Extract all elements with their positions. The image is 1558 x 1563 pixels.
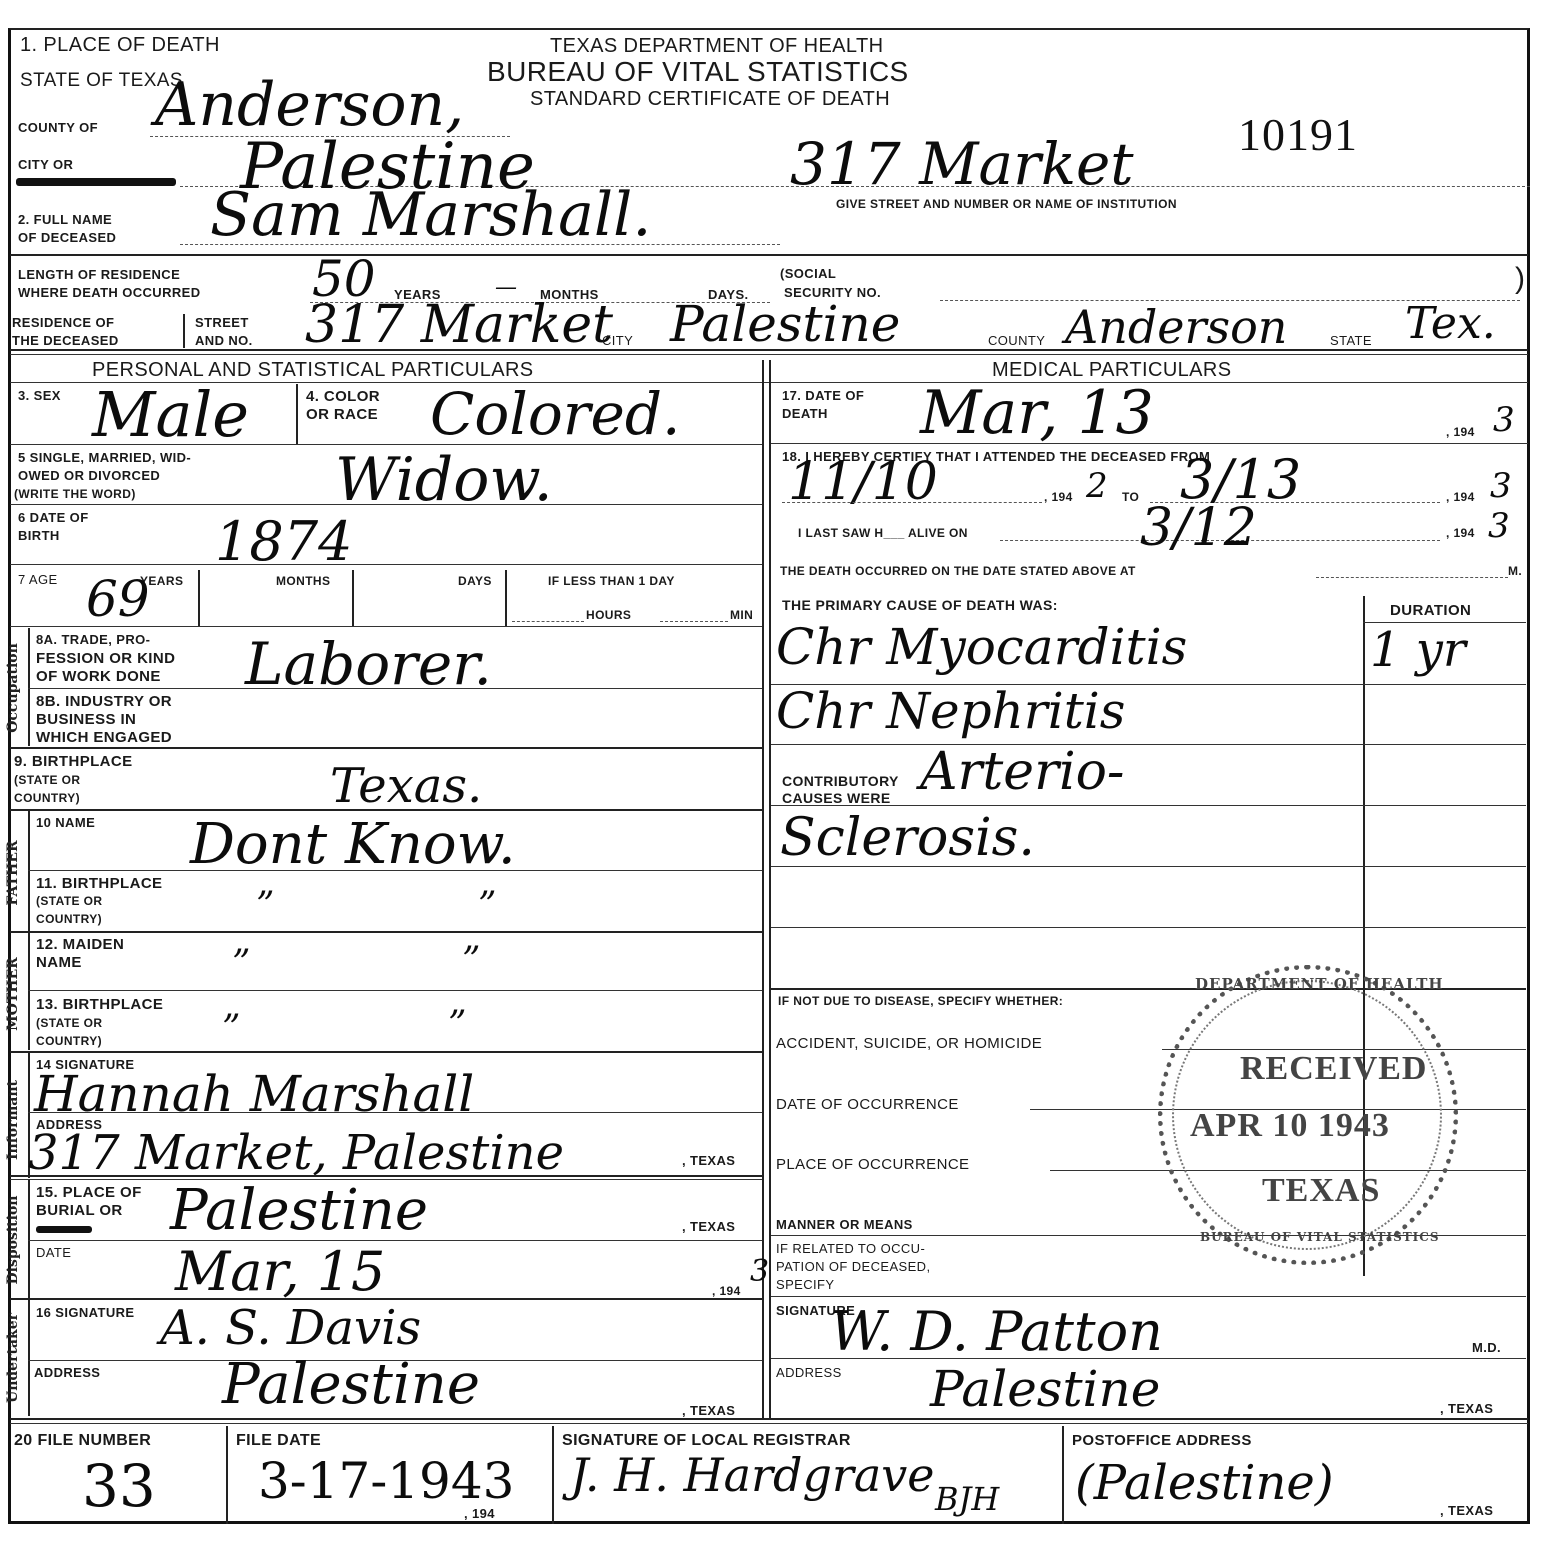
stamp-state: TEXAS — [1262, 1172, 1380, 1210]
mother-birthplace-ditto-1: ” — [222, 1008, 240, 1049]
race-label-2: OR RACE — [306, 406, 378, 423]
contributory-label-2: CAUSES WERE — [782, 791, 891, 805]
registrar-label: SIGNATURE OF LOCAL REGISTRAR — [562, 1432, 851, 1449]
burial-year-prefix: , 194 — [712, 1284, 741, 1298]
full-name-label-2: OF DECEASED — [18, 230, 116, 245]
last-saw-label: I LAST SAW H___ ALIVE ON — [798, 526, 968, 540]
burial-date-value: Mar, 15 — [175, 1240, 385, 1303]
birth-date-label-2: BIRTH — [18, 528, 60, 543]
full-name-label-1: 2. FULL NAME — [18, 212, 112, 227]
primary-cause-label: THE PRIMARY CAUSE OF DEATH WAS: — [782, 598, 1058, 612]
residence-county-label: COUNTY — [988, 333, 1045, 348]
industry-label-2: BUSINESS IN — [36, 711, 136, 728]
birthplace-label-3: COUNTRY) — [14, 791, 80, 805]
ssn-label-1: (SOCIAL — [780, 266, 836, 281]
marital-label-1: 5 SINGLE, MARRIED, WID- — [18, 450, 191, 465]
burial-state-suffix: , TEXAS — [682, 1219, 735, 1234]
last-saw-value: 3/12 — [1140, 498, 1257, 558]
father-birthplace-ditto-2: ” — [478, 885, 496, 926]
occupation-related-label-3: SPECIFY — [776, 1277, 834, 1292]
informant-state-suffix: , TEXAS — [682, 1153, 735, 1168]
stamp-received: RECEIVED — [1240, 1050, 1427, 1088]
burial-place-label-2: BURIAL OR — [36, 1202, 123, 1219]
residence-length-label-1: LENGTH OF RESIDENCE — [18, 267, 180, 282]
death-time-suffix: M. — [1508, 564, 1522, 578]
death-year-prefix: , 194 — [1446, 425, 1475, 439]
last-saw-year-digit: 3 — [1488, 506, 1510, 546]
mother-birthplace-label-3: COUNTRY) — [36, 1034, 102, 1048]
mother-maiden-ditto-1: ” — [232, 943, 250, 984]
physician-address-value: Palestine — [930, 1360, 1160, 1418]
to-year-prefix: , 194 — [1446, 490, 1475, 504]
file-number-label: 20 FILE NUMBER — [14, 1432, 151, 1449]
duration-value: 1 yr — [1370, 622, 1466, 678]
occupation-related-label-2: PATION OF DECEASED, — [776, 1259, 930, 1274]
burial-date-label: DATE — [36, 1245, 71, 1260]
stamp-bottom-arc: BUREAU OF VITAL STATISTICS — [1200, 1230, 1440, 1244]
father-birthplace-ditto-1: ” — [256, 885, 274, 926]
postoffice-label: POSTOFFICE ADDRESS — [1072, 1432, 1252, 1449]
birthplace-label-1: 9. BIRTHPLACE — [14, 753, 133, 770]
sex-value: Male — [92, 378, 249, 451]
father-birthplace-label-2: (STATE OR — [36, 894, 102, 908]
physician-state-suffix: , TEXAS — [1440, 1401, 1493, 1416]
postoffice-value: (Palestine) — [1075, 1455, 1334, 1511]
residence-label-1: RESIDENCE OF — [12, 315, 114, 330]
registrar-value: J. H. Hardgrave — [570, 1448, 935, 1502]
hours-label: HOURS — [586, 608, 631, 622]
mother-maiden-ditto-2: ” — [462, 940, 480, 981]
trade-label-3: OF WORK DONE — [36, 668, 161, 685]
physician-address-label: ADDRESS — [776, 1365, 842, 1380]
file-number-value: 33 — [82, 1452, 156, 1520]
burial-place-label-1: 15. PLACE OF — [36, 1184, 142, 1201]
death-time-label: THE DEATH OCCURRED ON THE DATE STATED AB… — [780, 564, 1136, 578]
race-value: Colored. — [430, 380, 680, 448]
primary-cause-line-1: Chr Myocarditis — [776, 618, 1187, 676]
file-date-year-prefix: , 194 — [464, 1506, 495, 1521]
industry-label-1: 8B. INDUSTRY OR — [36, 693, 172, 710]
duration-label: DURATION — [1390, 602, 1471, 619]
form-title: STANDARD CERTIFICATE OF DEATH — [530, 88, 890, 110]
street-caption: GIVE STREET AND NUMBER OR NAME OF INSTIT… — [836, 197, 1177, 211]
mother-side-label: MOTHER — [5, 939, 21, 1049]
primary-cause-line-2: Chr Nephritis — [776, 682, 1125, 740]
bureau-title: BUREAU OF VITAL STATISTICS — [487, 56, 909, 88]
occupation-related-label-1: IF RELATED TO OCCU- — [776, 1241, 925, 1256]
birthplace-label-2: (STATE OR — [14, 773, 80, 787]
stamp-date: APR 10 1943 — [1190, 1107, 1390, 1145]
trade-label-1: 8A. TRADE, PRO- — [36, 632, 150, 647]
registrar-initials: BJH — [935, 1480, 999, 1518]
burial-place-value: Palestine — [170, 1178, 428, 1243]
birthplace-value: Texas. — [330, 758, 482, 814]
occurrence-date-label: DATE OF OCCURRENCE — [776, 1097, 959, 1112]
undertaker-state-suffix: , TEXAS — [682, 1403, 735, 1418]
from-year-prefix: , 194 — [1044, 490, 1073, 504]
father-birthplace-label-1: 11. BIRTHPLACE — [36, 875, 162, 892]
redacted-mark — [16, 178, 176, 186]
father-birthplace-label-3: COUNTRY) — [36, 912, 102, 926]
mother-maiden-label-2: NAME — [36, 954, 82, 971]
burial-year-digit: 3 — [750, 1254, 769, 1289]
ssn-close: ) — [1515, 262, 1525, 296]
disposition-side-label: Disposition — [5, 1185, 21, 1295]
marital-label-2: OWED OR DIVORCED — [18, 468, 160, 483]
undertaker-signature-label: 16 SIGNATURE — [36, 1305, 134, 1320]
to-label: TO — [1122, 490, 1139, 504]
file-date-label: FILE DATE — [236, 1432, 321, 1449]
father-side-label: FATHER — [5, 828, 21, 918]
age-days-label: DAYS — [458, 574, 492, 588]
marital-label-3: (WRITE THE WORD) — [14, 487, 136, 501]
certificate-number: 10191 — [1238, 110, 1358, 160]
mother-birthplace-label-1: 13. BIRTHPLACE — [36, 996, 163, 1013]
residence-city-value: Palestine — [670, 295, 900, 353]
contributory-line-2: Sclerosis. — [780, 808, 1035, 868]
mother-birthplace-label-2: (STATE OR — [36, 1016, 102, 1030]
residence-label-2: THE DECEASED — [12, 333, 119, 348]
manner-label: MANNER OR MEANS — [776, 1217, 913, 1232]
father-name-label: 10 NAME — [36, 815, 95, 830]
accident-label: ACCIDENT, SUICIDE, OR HOMICIDE — [776, 1036, 1042, 1051]
deceased-name-value: Sam Marshall. — [210, 180, 651, 250]
informant-side-label: Informant — [5, 1065, 21, 1175]
informant-address-value: 317 Market, Palestine — [28, 1125, 564, 1181]
attended-from-value: 11/10 — [788, 452, 938, 512]
death-date-value: Mar, 13 — [920, 378, 1154, 448]
postoffice-state-suffix: , TEXAS — [1440, 1503, 1493, 1518]
father-name-value: Dont Know. — [190, 812, 516, 877]
undertaker-signature-value: A. S. Davis — [160, 1300, 421, 1356]
age-months-label: MONTHS — [276, 574, 330, 588]
death-year-digit: 3 — [1493, 400, 1515, 440]
undertaker-side-label: Undertaker — [5, 1303, 21, 1413]
contributory-label-1: CONTRIBUTORY — [782, 774, 899, 788]
residence-state-value: Tex. — [1405, 298, 1496, 349]
age-label: 7 AGE — [18, 572, 58, 587]
city-or-label: CITY OR — [18, 157, 73, 172]
trade-label-2: FESSION OR KIND — [36, 650, 175, 667]
undertaker-address-label: ADDRESS — [34, 1365, 100, 1380]
contributory-line-1: Arterio- — [920, 742, 1124, 802]
informant-signature-value: Hannah Marshall — [34, 1065, 474, 1123]
residence-length-label-2: WHERE DEATH OCCURRED — [18, 285, 201, 300]
sex-label: 3. SEX — [18, 388, 61, 403]
redacted-mark — [36, 1226, 92, 1233]
death-date-label-1: 17. DATE OF — [782, 388, 864, 403]
less-than-day-label: IF LESS THAN 1 DAY — [548, 574, 675, 588]
physician-signature-value: W. D. Patton — [830, 1300, 1163, 1363]
county-of-label: COUNTY OF — [18, 120, 98, 135]
street-value: 317 Market — [790, 130, 1134, 198]
death-date-label-2: DEATH — [782, 406, 828, 421]
min-label: MIN — [730, 608, 753, 622]
undertaker-address-value: Palestine — [222, 1352, 480, 1417]
occupation-side-label: Occupation — [5, 633, 21, 743]
mother-birthplace-ditto-2: ” — [448, 1004, 466, 1045]
not-disease-label: IF NOT DUE TO DISEASE, SPECIFY WHETHER: — [778, 994, 1063, 1008]
industry-label-3: WHICH ENGAGED — [36, 729, 172, 746]
from-year-digit: 2 — [1086, 466, 1108, 506]
to-year-digit: 3 — [1490, 466, 1512, 506]
race-label-1: 4. COLOR — [306, 388, 380, 405]
mother-maiden-label-1: 12. MAIDEN — [36, 936, 124, 953]
occurrence-place-label: PLACE OF OCCURRENCE — [776, 1157, 969, 1172]
section-place-of-death-label: 1. PLACE OF DEATH — [20, 34, 220, 56]
birth-date-label-1: 6 DATE OF — [18, 510, 89, 525]
file-date-value: 3-17-1943 — [258, 1452, 514, 1510]
department-title: TEXAS DEPARTMENT OF HEALTH — [550, 35, 883, 57]
street-label-2: AND NO. — [195, 333, 253, 348]
divider — [10, 254, 1528, 256]
stamp-top-arc: DEPARTMENT OF HEALTH — [1195, 975, 1444, 993]
residence-street-value: 317 Market — [305, 295, 613, 355]
residence-city-label: CITY — [602, 333, 633, 348]
residence-county-value: Anderson — [1065, 300, 1287, 354]
residence-state-label: STATE — [1330, 333, 1372, 348]
last-saw-year-prefix: , 194 — [1446, 526, 1475, 540]
street-label-1: STREET — [195, 315, 249, 330]
md-label: M.D. — [1472, 1340, 1501, 1355]
age-years-value: 69 — [86, 570, 150, 628]
